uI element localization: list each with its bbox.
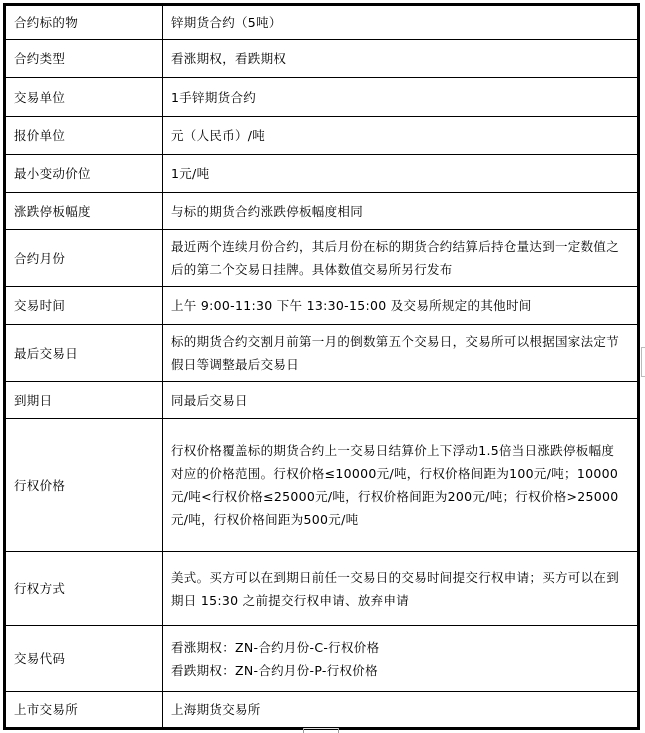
row-value: 1手锌期货合约 xyxy=(163,78,639,117)
row-value: 上海期货交易所 xyxy=(163,692,639,729)
value-line: 1元/吨 xyxy=(171,162,629,185)
row-label: 上市交易所 xyxy=(5,692,163,729)
table-row: 合约类型看涨期权，看跌期权 xyxy=(5,40,639,78)
table-row: 行权方式美式。买方可以在到期日前任一交易日的交易时间提交行权申请；买方可以在到期… xyxy=(5,552,639,626)
row-label: 交易时间 xyxy=(5,287,163,325)
row-label: 交易代码 xyxy=(5,626,163,692)
row-value: 标的期货合约交割月前第一月的倒数第五个交易日，交易所可以根据国家法定节假日等调整… xyxy=(163,325,639,382)
table-row: 涨跌停板幅度与标的期货合约涨跌停板幅度相同 xyxy=(5,193,639,230)
row-value: 行权价格覆盖标的期货合约上一交易日结算价上下浮动1.5倍当日涨跌停板幅度对应的价… xyxy=(163,419,639,552)
value-line: 最近两个连续月份合约，其后月份在标的期货合约结算后持仓量达到一定数值之 xyxy=(171,235,629,258)
table-row: 最小变动价位1元/吨 xyxy=(5,155,639,193)
table-row: 交易时间上午 9:00-11:30 下午 13:30-15:00 及交易所规定的… xyxy=(5,287,639,325)
option-contract-spec-table: 合约标的物锌期货合约（5吨）合约类型看涨期权，看跌期权交易单位1手锌期货合约报价… xyxy=(3,3,640,730)
value-line: 美式。买方可以在到期日前任一交易日的交易时间提交行权申请；买方可以在到 xyxy=(171,566,629,589)
table-row: 到期日同最后交易日 xyxy=(5,382,639,419)
value-line: 假日等调整最后交易日 xyxy=(171,353,629,376)
value-line: 看涨期权：ZN-合约月份-C-行权价格 xyxy=(171,636,629,659)
row-label: 最小变动价位 xyxy=(5,155,163,193)
value-line: 同最后交易日 xyxy=(171,389,629,412)
table-row: 上市交易所上海期货交易所 xyxy=(5,692,639,729)
value-line: 与标的期货合约涨跌停板幅度相同 xyxy=(171,200,629,223)
value-line: 标的期货合约交割月前第一月的倒数第五个交易日，交易所可以根据国家法定节 xyxy=(171,330,629,353)
table-row: 最后交易日标的期货合约交割月前第一月的倒数第五个交易日，交易所可以根据国家法定节… xyxy=(5,325,639,382)
row-value: 同最后交易日 xyxy=(163,382,639,419)
row-value: 元（人民币）/吨 xyxy=(163,117,639,155)
row-label: 合约类型 xyxy=(5,40,163,78)
row-value: 与标的期货合约涨跌停板幅度相同 xyxy=(163,193,639,230)
value-line: 锌期货合约（5吨） xyxy=(171,11,629,34)
row-value: 上午 9:00-11:30 下午 13:30-15:00 及交易所规定的其他时间 xyxy=(163,287,639,325)
table-row: 合约月份最近两个连续月份合约，其后月份在标的期货合约结算后持仓量达到一定数值之后… xyxy=(5,230,639,287)
page-edge-marker xyxy=(303,728,339,733)
row-label: 到期日 xyxy=(5,382,163,419)
row-value: 锌期货合约（5吨） xyxy=(163,5,639,40)
row-value: 美式。买方可以在到期日前任一交易日的交易时间提交行权申请；买方可以在到期日 15… xyxy=(163,552,639,626)
value-line: 看跌期权：ZN-合约月份-P-行权价格 xyxy=(171,659,629,682)
value-line: 元/吨，行权价格间距为500元/吨 xyxy=(171,508,629,531)
row-label: 合约月份 xyxy=(5,230,163,287)
value-line: 1手锌期货合约 xyxy=(171,86,629,109)
row-value: 1元/吨 xyxy=(163,155,639,193)
table-row: 行权价格行权价格覆盖标的期货合约上一交易日结算价上下浮动1.5倍当日涨跌停板幅度… xyxy=(5,419,639,552)
row-label: 涨跌停板幅度 xyxy=(5,193,163,230)
row-value: 最近两个连续月份合约，其后月份在标的期货合约结算后持仓量达到一定数值之后的第二个… xyxy=(163,230,639,287)
value-line: 看涨期权，看跌期权 xyxy=(171,47,629,70)
table-row: 交易代码看涨期权：ZN-合约月份-C-行权价格看跌期权：ZN-合约月份-P-行权… xyxy=(5,626,639,692)
value-line: 上海期货交易所 xyxy=(171,698,629,721)
table-row: 报价单位元（人民币）/吨 xyxy=(5,117,639,155)
row-label: 行权价格 xyxy=(5,419,163,552)
value-line: 后的第二个交易日挂牌。具体数值交易所另行发布 xyxy=(171,258,629,281)
row-label: 合约标的物 xyxy=(5,5,163,40)
value-line: 元（人民币）/吨 xyxy=(171,124,629,147)
value-line: 对应的价格范围。行权价格≤10000元/吨，行权价格间距为100元/吨；1000… xyxy=(171,462,629,485)
row-label: 报价单位 xyxy=(5,117,163,155)
row-value: 看涨期权，看跌期权 xyxy=(163,40,639,78)
value-line: 行权价格覆盖标的期货合约上一交易日结算价上下浮动1.5倍当日涨跌停板幅度 xyxy=(171,439,629,462)
value-line: 元/吨<行权价格≤25000元/吨，行权价格间距为200元/吨；行权价格>250… xyxy=(171,485,629,508)
row-label: 行权方式 xyxy=(5,552,163,626)
row-label: 最后交易日 xyxy=(5,325,163,382)
value-line: 期日 15:30 之前提交行权申请、放弃申请 xyxy=(171,589,629,612)
table-row: 合约标的物锌期货合约（5吨） xyxy=(5,5,639,40)
spec-table-body: 合约标的物锌期货合约（5吨）合约类型看涨期权，看跌期权交易单位1手锌期货合约报价… xyxy=(5,5,639,729)
row-label: 交易单位 xyxy=(5,78,163,117)
row-value: 看涨期权：ZN-合约月份-C-行权价格看跌期权：ZN-合约月份-P-行权价格 xyxy=(163,626,639,692)
table-row: 交易单位1手锌期货合约 xyxy=(5,78,639,117)
value-line: 上午 9:00-11:30 下午 13:30-15:00 及交易所规定的其他时间 xyxy=(171,294,629,317)
page-edge-marker xyxy=(641,347,645,377)
